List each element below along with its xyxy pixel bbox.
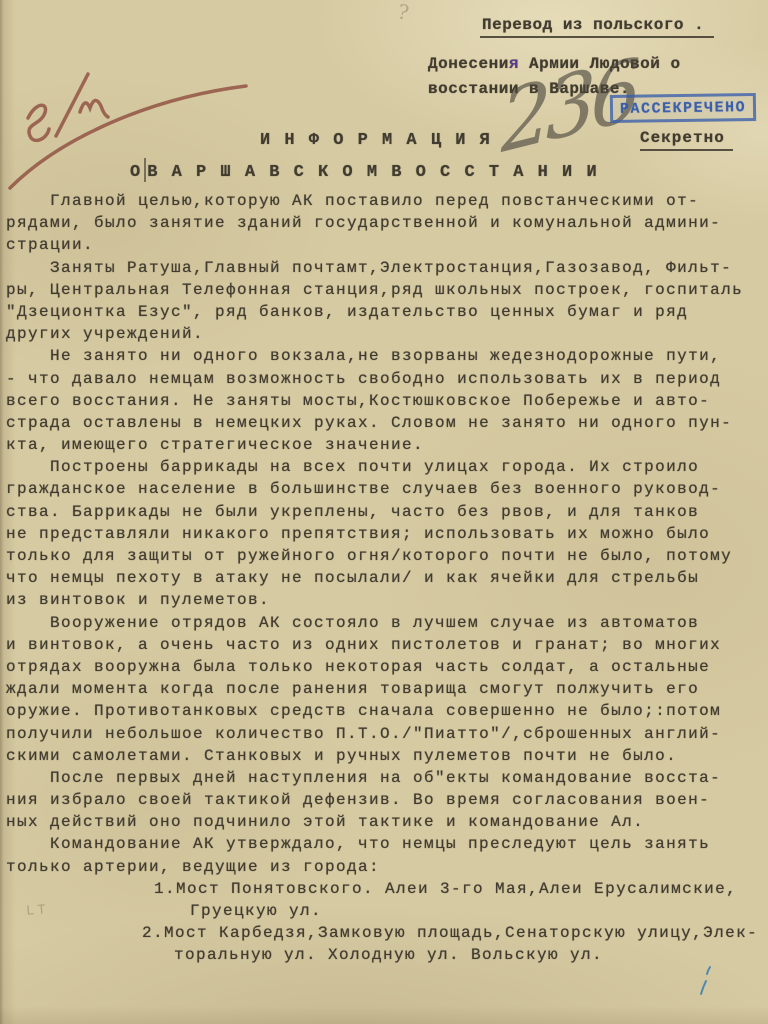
red-handwritten-margin-note bbox=[0, 60, 280, 210]
body-line: Построены баррикады на всех почти улицах… bbox=[50, 456, 764, 478]
body-line: из винтовок и пулеметов. bbox=[6, 589, 764, 611]
document-subtitle: ОВ А Р Ш А В С К О М В О С С Т А Н И И bbox=[130, 158, 599, 182]
body-line: - что давало немцам возможность свободно… bbox=[6, 368, 764, 390]
body-line: отрядах вооружна была только некоторая ч… bbox=[6, 656, 764, 678]
document-page: ? Перевод из польского . Донесения Армии… bbox=[0, 0, 768, 1024]
ghost-pen-mark: ? bbox=[396, 0, 411, 25]
body-line: кта, имеющего стратегическое значение. bbox=[6, 434, 764, 456]
body-line: скими самолетами. Станковых и ручных пул… bbox=[6, 745, 764, 767]
body-line: ства. Баррикады не были укреплены, часто… bbox=[6, 501, 764, 523]
body-line: других учреждений. bbox=[6, 323, 764, 345]
source-note-line1: Донесения Армии Людовой о bbox=[428, 52, 681, 77]
body-line: Главной целью,которую АК поставило перед… bbox=[50, 190, 764, 212]
body-line: Не занято ни одного вокзала,не взорваны … bbox=[50, 345, 764, 367]
secrecy-label: Секретно bbox=[640, 129, 733, 151]
pencil-tick-mark bbox=[144, 158, 146, 182]
body-line: только для защиты от ружейного огня/кото… bbox=[6, 545, 764, 567]
body-line: страции. bbox=[6, 234, 764, 256]
body-line: рядами, было занятие зданий государствен… bbox=[6, 212, 764, 234]
body-line: Вооружение отрядов АК состояло в лучшем … bbox=[50, 612, 764, 634]
body-line: ждали момента когда после ранения товари… bbox=[6, 678, 764, 700]
body-line: оружие. Противотанковых средств сначала … bbox=[6, 700, 764, 722]
body-line: Груецкую ул. bbox=[190, 900, 764, 922]
body-line: не представляли никакого препятствия; ис… bbox=[6, 523, 764, 545]
body-line: 1.Мост Понятовского. Алеи 3-го Мая,Алеи … bbox=[154, 878, 764, 900]
violet-overstrike: я bbox=[509, 55, 519, 73]
subtitle-prefix: О bbox=[130, 163, 142, 182]
body-line: 2.Мост Карбедзя,Замковую площадь,Сенатор… bbox=[142, 922, 764, 944]
body-line: всего восстания. Не заняты мосты,Костюшк… bbox=[6, 390, 764, 412]
body-line: ных действий оно подчинило этой тактике … bbox=[6, 811, 764, 833]
faint-pencil-mark: LT bbox=[25, 902, 49, 920]
document-title: И Н Ф О Р М А Ц И Я bbox=[260, 131, 492, 150]
body-line: гражданское население в большинстве случ… bbox=[6, 478, 764, 500]
body-line: После первых дней наступления на об"екты… bbox=[50, 767, 764, 789]
translation-note: Перевод из польского . bbox=[480, 16, 714, 38]
body-line: Заняты Ратуша,Главный почтамт,Электроста… bbox=[50, 257, 764, 279]
body-line: ния избрало своей тактикой дефензив. Во … bbox=[6, 789, 764, 811]
declassified-stamp: РАССЕКРЕЧЕНО bbox=[610, 93, 756, 123]
body-line: "Дзеционтка Езус", ряд банков, издательс… bbox=[6, 301, 764, 323]
body-line: получили небольшое количество П.Т.О./"Пи… bbox=[6, 723, 764, 745]
body-line: только артерии, ведущие из города: bbox=[6, 856, 764, 878]
body-line: и винтовок, а очень часто из одних писто… bbox=[6, 634, 764, 656]
document-body: Главной целью,которую АК поставило перед… bbox=[6, 190, 764, 967]
body-line: что немцы пехоту в атаку не посылали/ и … bbox=[6, 567, 764, 589]
body-line: Командование АК утверждало, что немцы пр… bbox=[50, 833, 764, 855]
subtitle-text: В А Р Ш А В С К О М В О С С Т А Н И И bbox=[147, 163, 598, 182]
body-line: ры, Центральная Телефонная станция,ряд ш… bbox=[6, 279, 764, 301]
body-line: страда оставлены в немецких руках. Слово… bbox=[6, 412, 764, 434]
body-line: торальную ул. Холодную ул. Вольскую ул. bbox=[174, 944, 764, 966]
